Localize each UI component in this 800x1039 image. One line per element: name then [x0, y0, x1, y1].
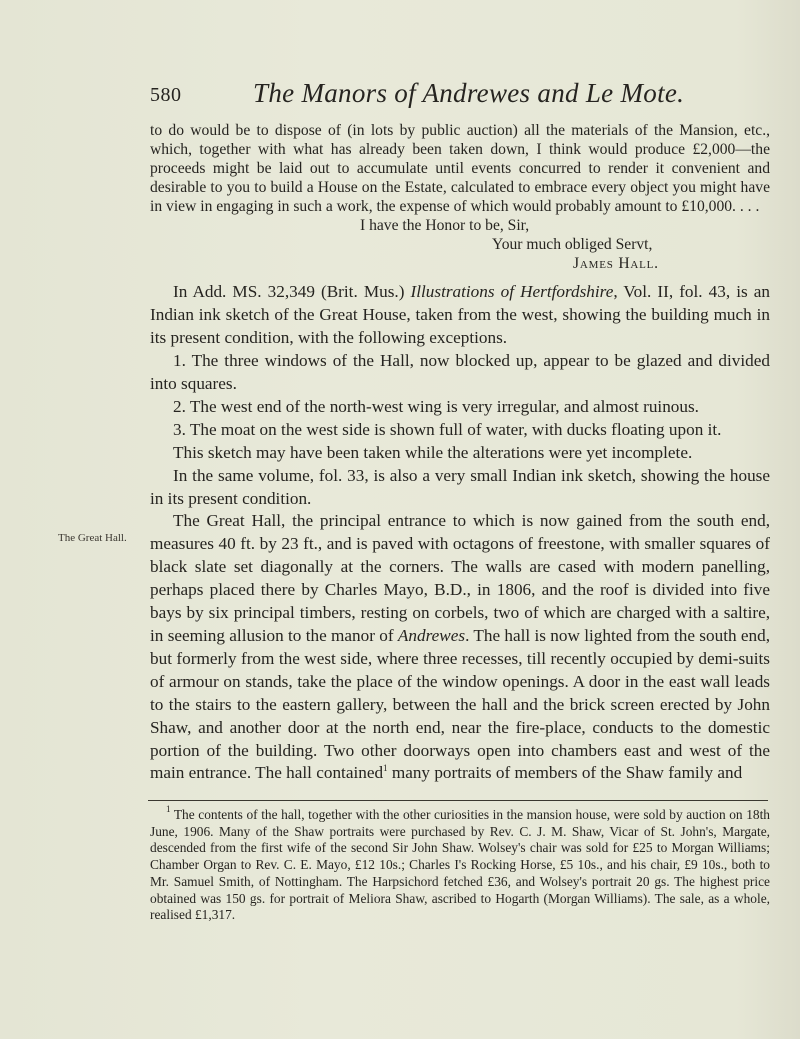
text-run: . The hall is now lighted from the south…: [150, 626, 770, 782]
body-text: to do would be to dispose of (in lots by…: [150, 121, 770, 785]
exception-item-1: 1. The three windows of the Hall, now bl…: [150, 350, 770, 396]
letter-paragraph: to do would be to dispose of (in lots by…: [150, 121, 770, 216]
paragraph-sketch-note: This sketch may have been taken while th…: [150, 442, 770, 465]
letter-excerpt: to do would be to dispose of (in lots by…: [150, 121, 770, 273]
footnotes: 1 The contents of the hall, together wit…: [150, 807, 770, 924]
paragraph-manuscript: In Add. MS. 32,349 (Brit. Mus.) Illustra…: [150, 281, 770, 350]
marginal-note: The Great Hall.: [58, 532, 138, 545]
running-title: The Manors of Andrewes and Le Mote.: [253, 78, 684, 109]
manuscript-title: Illustrations of Hertfordshire: [411, 282, 614, 301]
footnote-1: 1 The contents of the hall, together wit…: [150, 807, 770, 924]
text-run: The Great Hall, the principal entrance t…: [150, 511, 770, 645]
footnote-text: The contents of the hall, together with …: [150, 807, 770, 922]
exception-item-2: 2. The west end of the north-west wing i…: [150, 396, 770, 419]
letter-signature: James Hall.: [573, 254, 770, 273]
book-page: 580 The Manors of Andrewes and Le Mote. …: [0, 0, 800, 1039]
text-run: In Add. MS. 32,349 (Brit. Mus.): [173, 282, 411, 301]
letter-closing-servant: Your much obliged Servt,: [492, 235, 770, 254]
exception-item-3: 3. The moat on the west side is shown fu…: [150, 419, 770, 442]
paragraph-great-hall: The Great Hall, the principal entrance t…: [150, 510, 770, 785]
paragraph-second-sketch: In the same volume, fol. 33, is also a v…: [150, 465, 770, 511]
main-text: In Add. MS. 32,349 (Brit. Mus.) Illustra…: [150, 281, 770, 785]
footnote-divider: [148, 800, 768, 801]
running-head: 580 The Manors of Andrewes and Le Mote.: [150, 76, 770, 110]
text-run: many portraits of members of the Shaw fa…: [388, 763, 743, 782]
manor-name: Andrewes: [398, 626, 465, 645]
letter-closing: I have the Honor to be, Sir,: [360, 216, 770, 235]
page-number: 580: [150, 84, 182, 107]
